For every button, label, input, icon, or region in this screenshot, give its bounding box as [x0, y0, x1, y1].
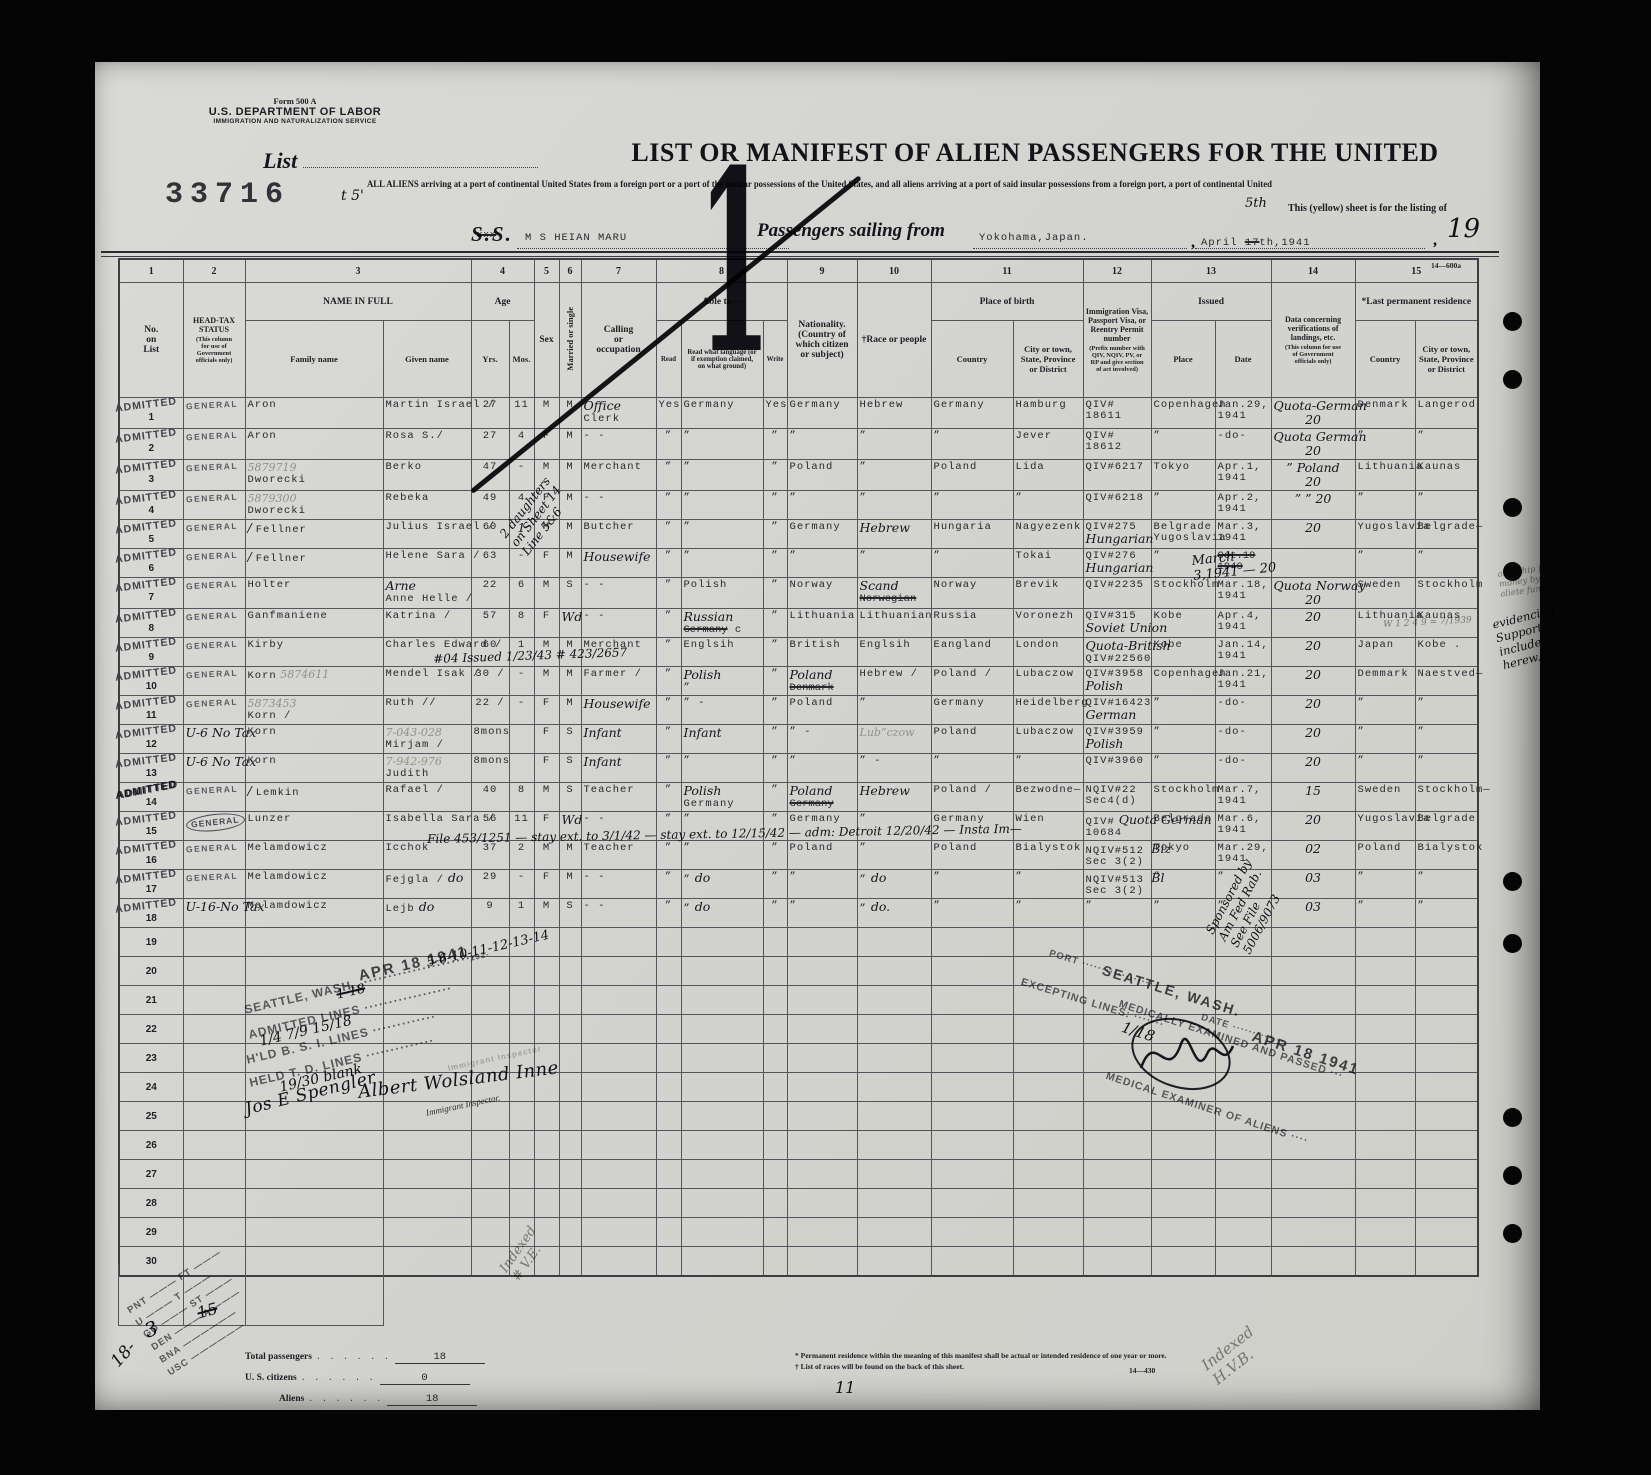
cell-s: U-16-No Tax — [183, 899, 245, 928]
cell-dt: Jan.21,1941 — [1215, 667, 1271, 696]
header-sex: Sex — [534, 283, 559, 398]
port-underline — [973, 248, 1187, 249]
cell-g: Rafael / — [383, 783, 471, 812]
cell-bc: Poland / — [931, 667, 1013, 696]
agency-service: IMMIGRATION AND NATURALIZATION SERVICE — [155, 118, 435, 125]
cell-rd: ” — [656, 638, 681, 667]
cell-rd: ” — [656, 520, 681, 549]
cell-m: 8 — [509, 609, 534, 638]
cell-rc: Lithuanian — [857, 609, 931, 638]
header-mos: Mos. — [509, 321, 534, 398]
cell-v: ” — [1083, 899, 1151, 928]
cell-rc: Hebrew — [857, 398, 931, 429]
admitted-stamp: ADMITTED — [115, 396, 178, 415]
punch-hole — [1503, 934, 1522, 953]
cell-dt: Mar.18,1941 — [1215, 578, 1271, 609]
cell-nt: PolandDenmark — [787, 667, 857, 696]
row-number: 25 — [122, 1111, 181, 1122]
cell-x: F — [534, 754, 559, 783]
cell-rd: ” — [656, 783, 681, 812]
cell-lg: ” — [681, 754, 763, 783]
cell-lg: PolishGermany — [681, 783, 763, 812]
header-calling: Calling or occupation — [581, 283, 656, 398]
cell-bt: Lida — [1013, 460, 1083, 491]
cell-rd: ” — [656, 696, 681, 725]
cell-pt: Kobe . — [1415, 638, 1478, 667]
row-number: 24 — [122, 1082, 181, 1093]
header-no-on-list: No. on List — [119, 283, 183, 398]
cell-bt: Heidelberg — [1013, 696, 1083, 725]
header-birth-country: Country — [931, 321, 1013, 398]
cell-v: QIV#3960 — [1083, 754, 1151, 783]
cell-lg: ” — [681, 520, 763, 549]
cell-pc: ” — [1355, 870, 1415, 899]
form-code-top: 14—600a — [1431, 261, 1461, 270]
serial-number: 33716 — [165, 178, 290, 212]
cell-rc: Hebrew / — [857, 667, 931, 696]
cell-bt: Bezwodne— — [1013, 783, 1083, 812]
admitted-stamp: ADMITTED — [115, 576, 178, 595]
list-line: List — [263, 148, 538, 174]
cell-status-stamp: ADMITTED10 — [119, 667, 183, 696]
empty-row-20: 20 — [119, 957, 1478, 986]
cell-y: 30 / — [471, 667, 509, 696]
cell-y: 22 — [471, 578, 509, 609]
cell-rd: ” — [656, 460, 681, 491]
cell-vf: 20 — [1271, 696, 1355, 725]
comma: , — [1433, 232, 1437, 250]
cell-md: M — [559, 460, 581, 491]
cell-s: GENERAL — [183, 520, 245, 549]
cell-md: S — [559, 725, 581, 754]
cell-pt: Belgrade — [1415, 812, 1478, 841]
cell-pc: Japan — [1355, 638, 1415, 667]
cell-v: QIV#275Hungarian — [1083, 520, 1151, 549]
cell-rc: ” do. — [857, 899, 931, 928]
cell-pl: Copenhagen — [1151, 667, 1215, 696]
cell-s: GENERAL — [183, 398, 245, 429]
punch-hole — [1503, 562, 1522, 581]
cell-bt: Voronezh — [1013, 609, 1083, 638]
cell-vf: 20 — [1271, 725, 1355, 754]
row-number: 17 — [122, 884, 181, 895]
cell-dt: Apr.2,1941 — [1215, 491, 1271, 520]
agency-name: U.S. DEPARTMENT OF LABOR — [155, 106, 435, 118]
cell-nt: ” — [787, 491, 857, 520]
cell-status-stamp: ADMITTED15 — [119, 812, 183, 841]
cell-vf: 20 — [1271, 609, 1355, 638]
cell-pt: ” — [1415, 491, 1478, 520]
cell-g: ArneAnne Helle / — [383, 578, 471, 609]
totals-block: Total passengers. . . . . .18 U. S. citi… — [245, 1346, 485, 1409]
aliens-value: 18 — [387, 1393, 477, 1406]
cell-vf: 02 — [1271, 841, 1355, 870]
cell-status-stamp: ADMITTED16 — [119, 841, 183, 870]
cell-y: 29 — [471, 870, 509, 899]
cell-pc: Sweden — [1355, 578, 1415, 609]
cell-rc: Lub”czow — [857, 725, 931, 754]
cell-vf: ” ” 20 — [1271, 491, 1355, 520]
cell-rc: ” — [857, 841, 931, 870]
cell-nt: ” — [787, 870, 857, 899]
cell-dt: Apr.4,1941 — [1215, 609, 1271, 638]
cell-f: / Lemkin — [245, 783, 383, 812]
cell-f: Korn — [245, 754, 383, 783]
cell-wr: ” — [763, 578, 787, 609]
col-num: 14 — [1271, 259, 1355, 283]
cell-rc: Hebrew — [857, 520, 931, 549]
row-number: 9 — [122, 652, 181, 663]
rule-heavy — [101, 251, 1499, 253]
row-number: 29 — [122, 1227, 181, 1238]
cell-m — [509, 754, 534, 783]
cell-m: 6 — [509, 578, 534, 609]
cell-nt: Poland — [787, 696, 857, 725]
cell-g: Rosa S./ — [383, 429, 471, 460]
cell-cl: - - — [581, 899, 656, 928]
cell-m: 2 — [509, 841, 534, 870]
row-number: 23 — [122, 1053, 181, 1064]
cell-y: 8mons — [471, 725, 509, 754]
total-passengers-row: Total passengers. . . . . .18 — [245, 1346, 485, 1367]
cell-wr: ” — [763, 841, 787, 870]
row-number: 16 — [122, 855, 181, 866]
row-number: 26 — [122, 1140, 181, 1151]
cell-status-stamp: ADMITTED4 — [119, 491, 183, 520]
cell-pc: ” — [1355, 899, 1415, 928]
cell-wr: ” — [763, 638, 787, 667]
cell-s: GENERAL — [183, 696, 245, 725]
cell-s: GENERAL — [183, 578, 245, 609]
cell-pt: Langerod — [1415, 398, 1478, 429]
col-num: 5 — [534, 259, 559, 283]
cell-lg: ” — [681, 429, 763, 460]
cell-f: Aron — [245, 429, 383, 460]
header-name-in-full: NAME IN FULL — [245, 283, 471, 321]
cell-md: M — [559, 429, 581, 460]
cell-pl: ” — [1151, 725, 1215, 754]
col-num: 4 — [471, 259, 534, 283]
cell-f: Melamdowicz — [245, 899, 383, 928]
admitted-stamp: ADMITTED — [115, 636, 178, 655]
admitted-stamp: ADMITTED — [115, 607, 178, 626]
row-number: 11 — [122, 710, 181, 721]
cell-f: Korn 5874611 — [245, 667, 383, 696]
cell-vf: ” Poland20 — [1271, 460, 1355, 491]
cell-x: F — [534, 870, 559, 899]
row-number: 2 — [122, 443, 181, 454]
cell-s: GENERAL — [183, 638, 245, 667]
cell-nt: Poland — [787, 841, 857, 870]
cell-cl: - - — [581, 870, 656, 899]
header-issued-place: Place — [1151, 321, 1215, 398]
big-one-mark: 1 — [698, 162, 771, 362]
passenger-row-10: ADMITTED10GENERALKorn 5874611Mendel Isak… — [119, 667, 1478, 696]
header-residence-city: City or town, State, Province or Distric… — [1415, 321, 1478, 398]
form-number: Form 500 A — [155, 96, 435, 106]
header-verifications: Data concerning verifications of landing… — [1271, 283, 1355, 398]
cell-s: GENERAL — [183, 870, 245, 899]
cell-rc: ” — [857, 429, 931, 460]
punch-hole — [1503, 498, 1522, 517]
cell-rc: ” do — [857, 870, 931, 899]
cell-dt: -do- — [1215, 754, 1271, 783]
cell-v: QIV#3958Polish — [1083, 667, 1151, 696]
passenger-row-12: ADMITTED12U-6 No TaxKorn7-043-028Mirjam … — [119, 725, 1478, 754]
cell-cl: Housewife — [581, 549, 656, 578]
cell-g: Martin Israel / — [383, 398, 471, 429]
passenger-row-1: ADMITTED1GENERALAronMartin Israel /2711M… — [119, 398, 1478, 429]
cell-lg: Englsih — [681, 638, 763, 667]
cell-bc: ” — [931, 491, 1013, 520]
cell-cl: Teacher — [581, 841, 656, 870]
cell-pc: Sweden — [1355, 783, 1415, 812]
passenger-row-14: ADMITTED14GENERAL/ LemkinRafael /408MSTe… — [119, 783, 1478, 812]
cell-md: M — [559, 549, 581, 578]
cell-nt: Germany — [787, 398, 857, 429]
cell-cl: - - — [581, 429, 656, 460]
cell-md: M — [559, 667, 581, 696]
cell-f: Korn — [245, 725, 383, 754]
cell-s: GENERAL — [183, 609, 245, 638]
cell-bc: Poland — [931, 841, 1013, 870]
cell-status-stamp: ADMITTED8 — [119, 609, 183, 638]
admitted-stamp: ADMITTED — [115, 518, 178, 537]
cell-v: QIV#315Soviet Union — [1083, 609, 1151, 638]
cell-bt: Hamburg — [1013, 398, 1083, 429]
header-visa-number: Immigration Visa, Passport Visa, or Reen… — [1083, 283, 1151, 398]
cell-wr: ” — [763, 696, 787, 725]
cell-m: 11 — [509, 398, 534, 429]
cell-pc: ” — [1355, 696, 1415, 725]
cell-rc: ” — [857, 460, 931, 491]
cell-pt: ” — [1415, 725, 1478, 754]
cell-lg: RussianGermany c — [681, 609, 763, 638]
cell-x: M — [534, 841, 559, 870]
header-groups: No. on List HEAD-TAX STATUS(This column … — [119, 283, 1478, 321]
cell-dt: Apr.1,1941 — [1215, 460, 1271, 491]
cell-status-stamp: ADMITTED6 — [119, 549, 183, 578]
punch-hole — [1503, 370, 1522, 389]
cell-g: Berko — [383, 460, 471, 491]
header-residence-country: Country — [1355, 321, 1415, 398]
admitted-stamp: ADMITTED — [115, 489, 178, 508]
cell-status-stamp: ADMITTED18 — [119, 899, 183, 928]
cell-pc: Poland — [1355, 841, 1415, 870]
cell-bc: Norway — [931, 578, 1013, 609]
cell-cl: Farmer / — [581, 667, 656, 696]
cell-vf: 20 — [1271, 754, 1355, 783]
row-number: 27 — [122, 1169, 181, 1180]
admitted-stamp: ADMITTED — [115, 547, 178, 566]
cell-nt: Norway — [787, 578, 857, 609]
cell-dt: Mar.7,1941 — [1215, 783, 1271, 812]
cell-v: QIV#16423German — [1083, 696, 1151, 725]
punch-hole — [1503, 312, 1522, 331]
comma: , — [1191, 234, 1195, 252]
cell-bt: Brevik — [1013, 578, 1083, 609]
row-number: 20 — [122, 966, 181, 977]
cell-pl: ” — [1151, 491, 1215, 520]
cell-bt: Lubaczow — [1013, 667, 1083, 696]
cell-f: 5873453Korn / — [245, 696, 383, 725]
empty-row-19: 19 — [119, 928, 1478, 957]
cell-pc: ” — [1355, 491, 1415, 520]
cell-m: 8 — [509, 783, 534, 812]
scanned-manifest-page: Form 500 A U.S. DEPARTMENT OF LABOR IMMI… — [0, 0, 1651, 1475]
form-code-bottom: 14—430 — [1129, 1366, 1155, 1375]
cell-lg: ” — [681, 460, 763, 491]
cell-wr: ” — [763, 899, 787, 928]
col-num: 12 — [1083, 259, 1151, 283]
cell-cl: Infant — [581, 725, 656, 754]
row-number: 10 — [122, 681, 181, 692]
cell-rd: ” — [656, 609, 681, 638]
footnote-races: † List of races will be found on the bac… — [795, 1361, 1167, 1372]
cell-pt: ” — [1415, 696, 1478, 725]
cell-wr: ” — [763, 609, 787, 638]
cell-wr: ” — [763, 870, 787, 899]
cell-rd: ” — [656, 754, 681, 783]
row-number: 3 — [122, 474, 181, 485]
cell-wr: ” — [763, 520, 787, 549]
cell-rd: ” — [656, 491, 681, 520]
cell-s: U-6 No Tax — [183, 754, 245, 783]
cell-vf: 03 — [1271, 899, 1355, 928]
col-num: 2 — [183, 259, 245, 283]
cell-status-stamp: ADMITTED14 — [119, 783, 183, 812]
cell-cl: Teacher — [581, 783, 656, 812]
cell-cl: - - — [581, 491, 656, 520]
page-number-hw: 19 — [1447, 214, 1480, 244]
cell-md: Wd — [559, 609, 581, 638]
header-family-name: Family name — [245, 321, 383, 398]
cell-lg: ” — [681, 549, 763, 578]
cell-pl: Copenhagen — [1151, 398, 1215, 429]
admitted-stamp: ADMITTED — [115, 427, 178, 446]
cell-bc: Russia — [931, 609, 1013, 638]
cell-status-stamp: ADMITTED7 — [119, 578, 183, 609]
cell-lg: ” do — [681, 870, 763, 899]
cell-wr: ” — [763, 754, 787, 783]
cell-pt: Stockholm — [1415, 578, 1478, 609]
col-num: 11 — [931, 259, 1083, 283]
cell-bc: Poland / — [931, 783, 1013, 812]
footnote-residence: * Permanent residence within the meaning… — [795, 1350, 1167, 1361]
cell-m: 1 — [509, 899, 534, 928]
cell-pl: ” — [1151, 429, 1215, 460]
ss-strike: xxx — [477, 230, 496, 240]
cell-lg: ” — [681, 841, 763, 870]
cell-x: M — [534, 783, 559, 812]
cell-vf: 20 — [1271, 667, 1355, 696]
cell-status-stamp: ADMITTED2 — [119, 429, 183, 460]
passenger-row-16: ADMITTED16GENERALMelamdowiczIcchok372MMT… — [119, 841, 1478, 870]
cell-f: 5879300Dworecki — [245, 491, 383, 520]
cell-status-stamp: ADMITTED5 — [119, 520, 183, 549]
cell-f: Aron — [245, 398, 383, 429]
cell-pl: Tokyo — [1151, 460, 1215, 491]
cell-status-stamp: ADMITTED9 — [119, 638, 183, 667]
row-number: 4 — [122, 505, 181, 516]
cell-v: NQIV#512 BizSec 3(2) — [1083, 841, 1151, 870]
row-number: 21 — [122, 995, 181, 1006]
cell-pt: ” — [1415, 549, 1478, 578]
admitted-stamp: ADMITTED — [115, 458, 178, 477]
header-birth-city: City or town, State, Province or Distric… — [1013, 321, 1083, 398]
cell-cl: Merchant — [581, 460, 656, 491]
cell-g: Julius Israel / — [383, 520, 471, 549]
cell-dt: Jan.29,1941 — [1215, 398, 1271, 429]
header-nationality: Nationality. (Country of which citizen o… — [787, 283, 857, 398]
cell-bt: ” — [1013, 870, 1083, 899]
cell-status-stamp: ADMITTED17 — [119, 870, 183, 899]
cell-pc: Denmark — [1355, 398, 1415, 429]
cell-md: S — [559, 783, 581, 812]
cell-vf: 20 — [1271, 812, 1355, 841]
cell-pl: BelgradeYugoslavia — [1151, 520, 1215, 549]
cell-f: Melamdowicz — [245, 841, 383, 870]
cell-s: GENERAL — [183, 460, 245, 491]
cell-x: F — [534, 609, 559, 638]
passenger-row-4: ADMITTED4GENERAL5879300DworeckiRebeka494… — [119, 491, 1478, 520]
cell-m: - — [509, 667, 534, 696]
footnotes: * Permanent residence within the meaning… — [795, 1350, 1167, 1373]
cell-f: Ganfmaniene — [245, 609, 383, 638]
cell-y: 22 / — [471, 696, 509, 725]
cell-s: GENERAL — [183, 429, 245, 460]
cell-y: 9 — [471, 899, 509, 928]
form-identification: Form 500 A U.S. DEPARTMENT OF LABOR IMMI… — [155, 96, 435, 125]
cell-bc: Germany — [931, 398, 1013, 429]
us-citizens-row: U. S. citizens. . . . . .0 — [245, 1367, 485, 1388]
cell-v: QIV#3959Polish — [1083, 725, 1151, 754]
ship-name: M S HEIAN MARU — [525, 232, 627, 244]
cell-dt: Mar.3,1941 — [1215, 520, 1271, 549]
cell-pt: Naestved— — [1415, 667, 1478, 696]
list-blank-line — [303, 151, 538, 168]
cell-status-stamp: ADMITTED1 — [119, 398, 183, 429]
cell-pt: ” — [1415, 754, 1478, 783]
cell-pc: Yugoslavia — [1355, 520, 1415, 549]
cell-v: QIV#18612 — [1083, 429, 1151, 460]
col-num: 13 — [1151, 259, 1271, 283]
cell-f: / Fellner — [245, 520, 383, 549]
col-num: 6 — [559, 259, 581, 283]
cell-s: GENERAL — [183, 841, 245, 870]
header-age: Age — [471, 283, 534, 321]
cell-f: Holter — [245, 578, 383, 609]
empty-row-29: 29 — [119, 1218, 1478, 1247]
cell-dt: Jan.14,1941 — [1215, 638, 1271, 667]
cell-pc: ” — [1355, 754, 1415, 783]
cell-bt: Bialystok — [1013, 841, 1083, 870]
cell-vf: 15 — [1271, 783, 1355, 812]
cell-pt: ” — [1415, 870, 1478, 899]
header-issued-date: Date — [1215, 321, 1271, 398]
header-issued: Issued — [1151, 283, 1271, 321]
cell-bt: ” — [1013, 899, 1083, 928]
cell-pt: Stockholm— — [1415, 783, 1478, 812]
header-race: †Race or people — [857, 283, 931, 398]
cell-nt: Lithuania — [787, 609, 857, 638]
cell-vf: Quota Norway20 — [1271, 578, 1355, 609]
cell-g: Mendel Isak / — [383, 667, 471, 696]
medical-examiner-signature — [1123, 1010, 1243, 1102]
col-num: 9 — [787, 259, 857, 283]
cell-s: GENERAL — [183, 667, 245, 696]
cell-rc: ” — [857, 696, 931, 725]
